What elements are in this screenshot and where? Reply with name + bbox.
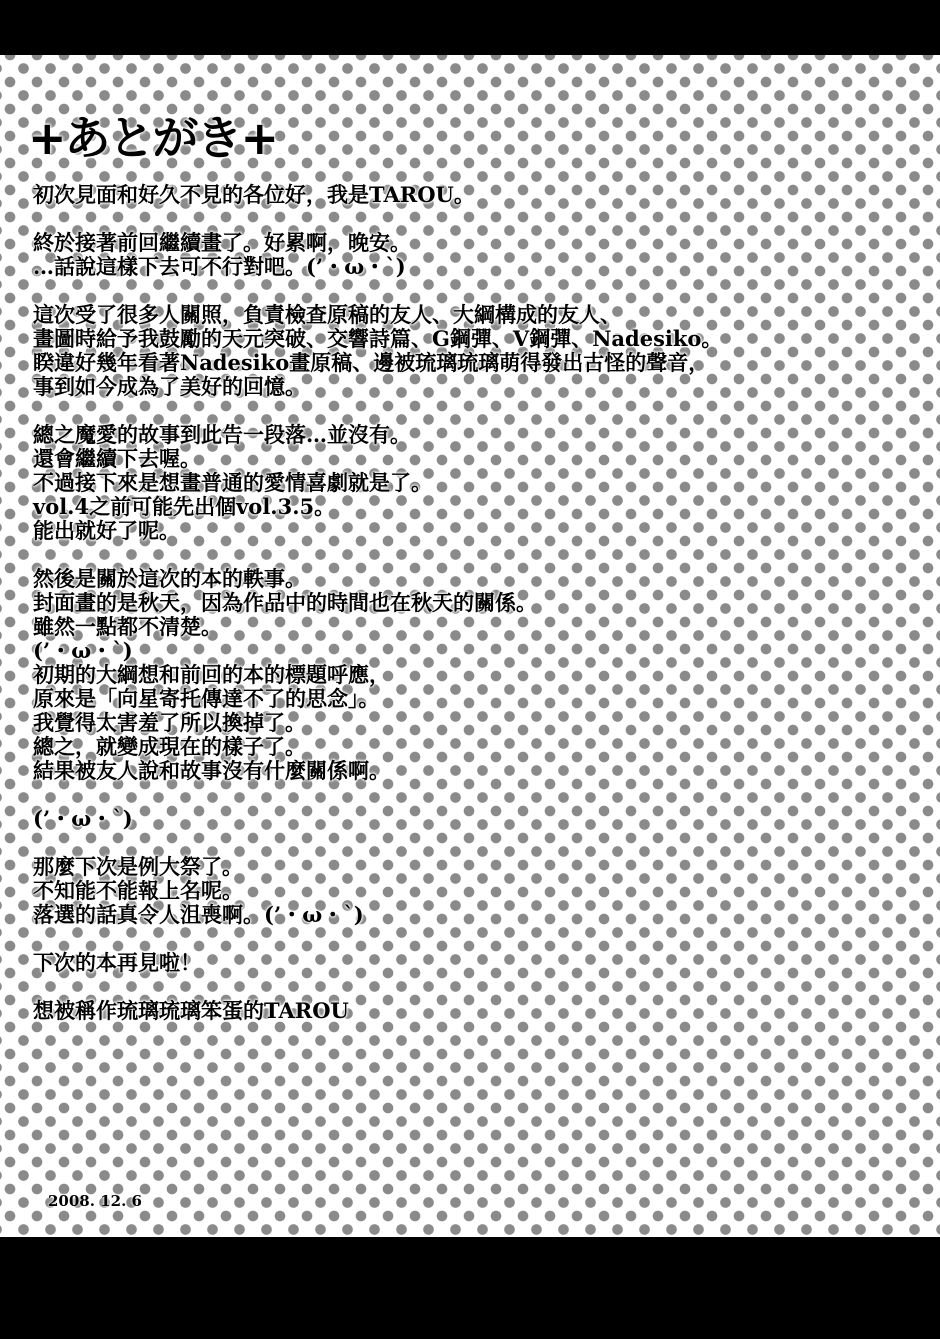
text-line: …話說這樣下去可不行對吧。(’・ω・`) xyxy=(33,255,913,279)
text-line: 總之魔愛的故事到此告一段落…並沒有。 xyxy=(33,423,913,447)
text-line: 封面畫的是秋天，因為作品中的時間也在秋天的關係。 xyxy=(33,591,913,615)
text-line: (’・ω・`) xyxy=(33,807,913,831)
text-line: 終於接著前回繼續畫了。好累啊，晚安。 xyxy=(33,231,913,255)
text-line: (’・ω・`) xyxy=(33,639,913,663)
text-line: 能出就好了呢。 xyxy=(33,519,913,543)
text-line: 事到如今成為了美好的回憶。 xyxy=(33,375,913,399)
text-line: 我覺得太害羞了所以換掉了。 xyxy=(33,711,913,735)
page-title: +あとがき+ xyxy=(28,102,277,168)
signature: 想被稱作琉璃琉璃笨蛋的TAROU xyxy=(33,999,913,1023)
text-line: 那麼下次是例大祭了。 xyxy=(33,855,913,879)
text-line: 落選的話真令人沮喪啊。(’・ω・`) xyxy=(33,903,913,927)
text-line: 不知能不能報上名呢。 xyxy=(33,879,913,903)
text-line: 畫圖時給予我鼓勵的天元突破、交響詩篇、G鋼彈、V鋼彈、Nadesiko。 xyxy=(33,327,913,351)
text-line: 然後是關於這次的本的軼事。 xyxy=(33,567,913,591)
text-line: 下次的本再見啦！ xyxy=(33,951,913,975)
text-line: 不過接下來是想畫普通的愛情喜劇就是了。 xyxy=(33,471,913,495)
text-line: 睽違好幾年看著Nadesiko畫原稿、邊被琉璃琉璃萌得發出古怪的聲音， xyxy=(33,351,913,375)
text-line: 結果被友人說和故事沒有什麼關係啊。 xyxy=(33,759,913,783)
text-line: 這次受了很多人關照，負責檢查原稿的友人、大綱構成的友人、 xyxy=(33,303,913,327)
text-line: 總之，就變成現在的樣子了。 xyxy=(33,735,913,759)
text-line: vol.4之前可能先出個vol.3.5。 xyxy=(33,495,913,519)
date: 2008. 12. 6 xyxy=(48,1192,142,1210)
text-line: 初次見面和好久不見的各位好，我是TAROU。 xyxy=(33,183,913,207)
afterword-body: 初次見面和好久不見的各位好，我是TAROU。 終於接著前回繼續畫了。好累啊，晚安… xyxy=(33,183,913,1023)
text-line: 雖然一點都不清楚。 xyxy=(33,615,913,639)
text-line: 還會繼續下去喔。 xyxy=(33,447,913,471)
text-line: 初期的大綱想和前回的本的標題呼應， xyxy=(33,663,913,687)
text-line: 原來是「向星寄托傳達不了的思念」。 xyxy=(33,687,913,711)
